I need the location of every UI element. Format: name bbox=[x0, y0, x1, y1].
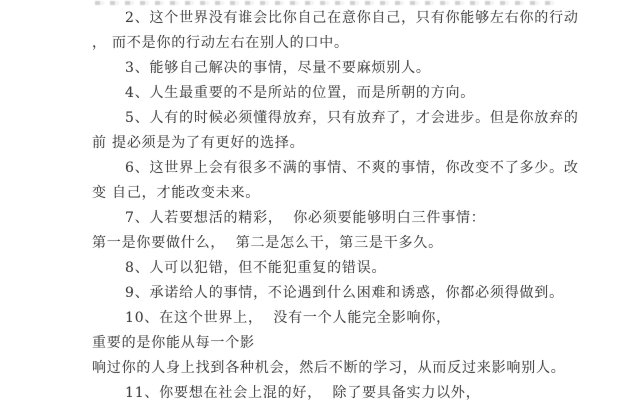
text-line: 变 自己，才能改变未来。 bbox=[92, 181, 592, 206]
text-line: 响过你的人身上找到各种机会，然后不断的学习，从而反过来影响别人。 bbox=[92, 356, 592, 381]
text-line: 8、人可以犯错，但不能犯重复的错误。 bbox=[92, 256, 592, 281]
text-line: 重要的是你能从每一个影 bbox=[92, 331, 592, 356]
text-line: 9、承诺给人的事情，不论遇到什么困难和诱惑，你都必须得做到。 bbox=[92, 281, 592, 306]
text-line: 5、人有的时候必须懂得放弃，只有放弃了，才会进步。但是你放弃的 bbox=[92, 106, 592, 131]
text-line: 6、这世界上会有很多不满的事情、不爽的事情，你改变不了多少。改 bbox=[92, 156, 592, 181]
text-line: 11、你要想在社会上混的好， 除了要具备实力以外， bbox=[92, 381, 592, 400]
document-body: 2、这个世界没有谁会比你自己在意你自己，只有你能够左右你的行动 ， 而不是你的行… bbox=[92, 6, 592, 400]
text-line: 4、人生最重要的不是所站的位置，而是所朝的方向。 bbox=[92, 81, 592, 106]
clipped-text-remnant bbox=[95, 1, 557, 5]
text-line: ， 而不是你的行动左右在别人的口中。 bbox=[92, 31, 592, 56]
text-line: 前 提必须是为了有更好的选择。 bbox=[92, 131, 592, 156]
text-line: 3、能够自己解决的事情，尽量不要麻烦别人。 bbox=[92, 56, 592, 81]
document-page: 2、这个世界没有谁会比你自己在意你自己，只有你能够左右你的行动 ， 而不是你的行… bbox=[0, 0, 640, 400]
text-line: 2、这个世界没有谁会比你自己在意你自己，只有你能够左右你的行动 bbox=[92, 6, 592, 31]
text-line: 7、人若要想活的精彩， 你必须要能够明白三件事情： bbox=[92, 206, 592, 231]
text-line: 10、在这个世界上， 没有一个人能完全影响你， bbox=[92, 306, 592, 331]
text-line: 第一是你要做什么， 第二是怎么干，第三是干多久。 bbox=[92, 231, 592, 256]
